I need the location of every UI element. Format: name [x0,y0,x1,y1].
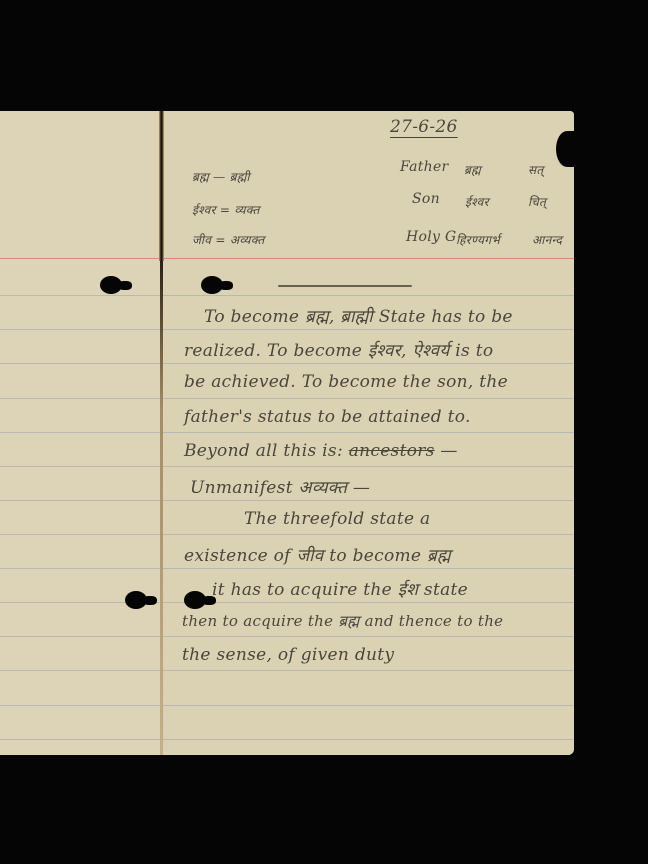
left-page [0,111,162,755]
glossary-left-line: जीव = अव्यक्त [192,231,265,248]
body-line: be achieved. To become the son, the [184,372,508,392]
body-line: realized. To become ईश्वर, ऐश्वर्य is to [184,338,493,361]
date: 27-6-26 [390,117,458,137]
rule-line [0,432,574,433]
body-line: father's status to be attained to. [184,407,471,427]
rule-line [0,398,574,399]
body-line: Beyond all this is: ancestors — [184,441,458,461]
glossary-term: ब्रह्म [464,161,481,178]
body-line: it has to acquire the ईश state [212,577,468,600]
page-fold [159,111,164,261]
rule-line [0,602,574,603]
rule-line [0,500,574,501]
glossary-term: आनन्द [532,231,562,248]
glossary-term: हिरण्यगर्भ [456,231,500,248]
body-line-trailing: — [435,441,458,461]
rule-line [0,329,574,330]
body-line: then to acquire the ब्रह्म and thence to… [182,611,503,631]
body-line: Unmanifest अव्यक्त — [190,475,370,498]
rule-line [0,363,574,364]
rule-line [0,739,574,740]
glossary-english: Father [400,159,449,175]
glossary-term: ईश्वर [465,193,489,210]
torn-corner [556,131,578,167]
rule-line [0,568,574,569]
rule-line [0,705,574,706]
glossary-english: Holy G [406,229,456,245]
glossary-term: सत् [528,161,544,178]
rule-line [0,670,574,671]
glossary-english: Son [412,191,440,207]
body-line: the sense, of given duty [182,645,394,665]
page-fold-shadow [160,261,163,755]
rule-line [0,466,574,467]
body-line: existence of जीव to become ब्रह्म [184,543,451,566]
glossary-term: चित् [528,193,546,210]
body-line-text: Beyond all this is: [184,441,349,461]
struck-word: ancestors [349,441,435,461]
rule-line [0,636,574,637]
glossary-left-line: ईश्वर = व्यक्त [192,201,260,218]
manuscript-sheet: 27-6-26 ब्रह्म — ब्रह्मी ईश्वर = व्यक्त … [0,111,574,755]
punch-hole [125,591,147,609]
punch-hole [100,276,122,294]
punch-hole [184,591,206,609]
punch-hole [201,276,223,294]
rule-line [0,295,574,296]
body-line: The threefold state a [244,509,430,529]
red-margin-line [0,258,574,259]
body-line: To become ब्रह्म, ब्राह्मी State has to … [204,304,513,327]
rule-line [0,534,574,535]
divider-stroke [278,285,412,287]
glossary-left-line: ब्रह्म — ब्रह्मी [192,168,250,185]
